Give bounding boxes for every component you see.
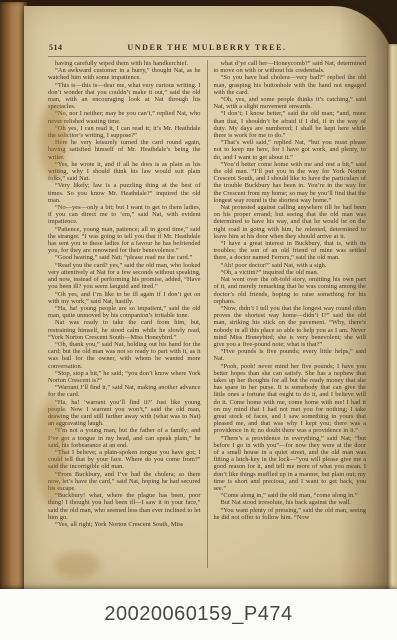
paragraph: Nat went over the oft-told story, omitti… [214,276,367,305]
paragraph: Here he very leisurely turned the card r… [48,139,201,161]
paragraph: “Ah! poor doctor!” said Nat, with a sigh… [214,262,367,269]
adjacent-page-edge [387,44,397,590]
paragraph: “I have a great interest in Buckbury, th… [214,240,367,262]
paragraph: “Pooh, pooh! never mind her five pounds;… [214,363,367,435]
paragraph: “From Buckbury, and I’ve had the cholera… [48,471,201,493]
accession-number: 20020060159_P474 [104,603,292,626]
archive-label: 20020060159_P474 [0,589,397,640]
paragraph: “So you have had cholera—very bad?” repl… [214,74,367,96]
paragraph: “Ha, ha! young people are so impatient,”… [48,305,201,319]
paragraph: “That’s well said,” replied Nat, “but yo… [214,139,367,161]
paragraph: “There’s a providence in everything,” sa… [214,435,367,493]
paragraph: “Oh, a victim?” inquired the old man. [214,269,367,276]
paragraph: having carefully wiped them with his han… [48,60,201,67]
paragraph: “Oh, thank you,” said Nat, holding out h… [48,341,201,370]
paragraph: Nat protested against calling anywhere t… [214,204,367,240]
paragraph: “Ha, ha! ‘warrant you’ll find it?’ Just … [48,399,201,428]
book-page: 514 UNDER THE MULBERRY TREE. having care… [24,6,397,590]
paragraph: “Good hearing,” said Nat; “please read m… [48,254,201,261]
paragraph: “Buckbury! what, where the plague has be… [48,492,201,521]
paragraph: “Oh, yes, and some people thinks it’s ca… [214,96,367,110]
paragraph: “Read you the card? yes,” said the old m… [48,262,201,291]
scanned-book-photo: 514 UNDER THE MULBERRY TREE. having care… [0,0,397,640]
paragraph: “Very likely; law is a puzzling thing at… [48,182,201,204]
paragraph: “Oh yes, and I’m like to be ill again if… [48,291,201,305]
paragraph: “Yes, all right; York Norton Crescent So… [48,521,201,528]
paragraph: “Oh yes, I can read it, I can read it; i… [48,125,201,139]
paragraph: “That I believe; a plain-spoken tongue y… [48,449,201,471]
paragraph: “Yes, he wrote it, and if all he does is… [48,161,201,183]
left-column: having carefully wiped them with his han… [48,60,207,568]
running-title: UNDER THE MULBERRY TREE. [48,43,366,52]
header-rule [48,56,366,57]
paragraph: Nat was ready to take the card from him,… [48,319,201,341]
paragraph: But Nat stood irresolute, his back again… [214,499,367,506]
paragraph: “No—yes—only a bit; but I want to get to… [48,204,201,226]
paragraph: “Come along in,” said the old man, “come… [214,492,367,499]
book-binding-edge [0,2,27,590]
page-number: 514 [49,43,63,52]
paragraph: “Stop, stop a bit,” he said; “you don’t … [48,370,201,384]
paragraph: “You want plenty of pressing,” said the … [214,507,367,521]
right-column: what d’ye call her—Honeycomb?” said Nat,… [207,60,367,568]
paragraph: “Now, didn’t I tell you that the longest… [214,305,367,348]
paragraph: “I don’t; I know better,” said the old m… [214,110,367,139]
paragraph: “I’m not a young man, but the father of … [48,427,201,449]
page-content: 514 UNDER THE MULBERRY TREE. having care… [24,6,397,590]
paragraph: “Patience, young man, patience; all in g… [48,226,201,255]
paragraph: “Warrant I’ll find it,” said Nat, making… [48,384,201,398]
paragraph: “An awkward customer in a hurry,” though… [48,67,201,81]
paragraph: “Five pounds is five pounds; every littl… [214,348,367,362]
paragraph: what d’ye call her—Honeycomb?” said Nat,… [214,60,367,74]
text-columns: having carefully wiped them with his han… [48,60,366,568]
paragraph: “No, nor I neither; may be you can’t,” r… [48,110,201,124]
paragraph: “You’d better come home with me and rest… [214,161,367,204]
page-header: 514 UNDER THE MULBERRY TREE. [48,43,366,54]
paragraph: “This is—this is—dear me, what very curi… [48,82,201,111]
